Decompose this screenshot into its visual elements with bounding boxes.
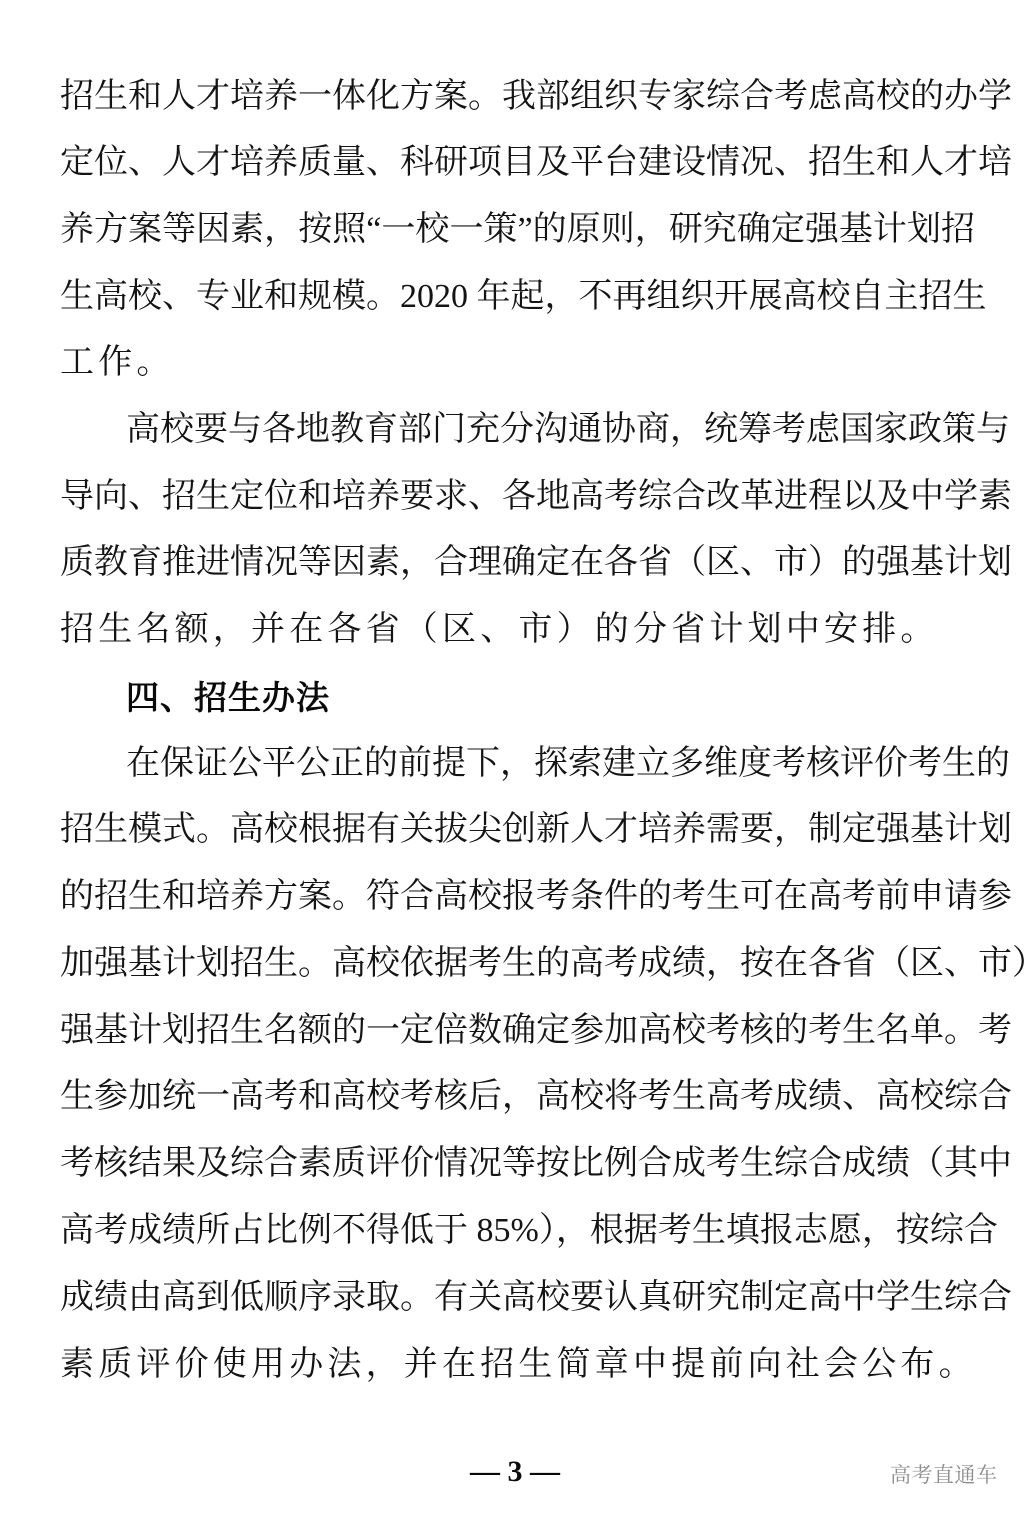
paragraph-line: 的招生和培养方案。符合高校报考条件的考生可在高考前申请参 xyxy=(60,875,975,919)
paragraph-line: 高校要与各地教育部门充分沟通协商，统筹考虑国家政策与 xyxy=(126,408,975,452)
paragraph-line: 工作。 xyxy=(60,341,975,385)
paragraph-line: 定位、人才培养质量、科研项目及平台建设情况、招生和人才培 xyxy=(60,141,975,185)
paragraph-line: 导向、招生定位和培养要求、各地高考综合改革进程以及中学素 xyxy=(60,475,975,519)
page-number: — 3 — xyxy=(460,1452,570,1492)
paragraph-line: 考核结果及综合素质评价情况等按比例合成考生综合成绩（其中 xyxy=(60,1142,975,1186)
paragraph-line: 在保证公平公正的前提下，探索建立多维度考核评价考生的 xyxy=(126,742,975,786)
paragraph-line: 招生模式。高校根据有关拔尖创新人才培养需要，制定强基计划 xyxy=(60,808,975,852)
paragraph-line: 养方案等因素，按照“一校一策”的原则，研究确定强基计划招 xyxy=(60,208,975,252)
paragraph-line: 强基计划招生名额的一定倍数确定参加高校考核的考生名单。考 xyxy=(60,1009,975,1053)
paragraph-line: 招生名额，并在各省（区、市）的分省计划中安排。 xyxy=(60,608,975,652)
section-heading: 四、招生办法 xyxy=(126,676,330,720)
paragraph-line: 成绩由高到低顺序录取。有关高校要认真研究制定高中学生综合 xyxy=(60,1276,975,1320)
paragraph-line: 生参加统一高考和高校考核后，高校将考生高考成绩、高校综合 xyxy=(60,1075,975,1119)
document-page: 招生和人才培养一体化方案。我部组织专家综合考虑高校的办学 定位、人才培养质量、科… xyxy=(0,0,1030,1514)
paragraph-line: 质教育推进情况等因素，合理确定在各省（区、市）的强基计划 xyxy=(60,541,975,585)
paragraph-line: 生高校、专业和规模。2020 年起，不再组织开展高校自主招生 xyxy=(60,275,975,319)
paragraph-line: 招生和人才培养一体化方案。我部组织专家综合考虑高校的办学 xyxy=(60,75,975,119)
paragraph-line: 素质评价使用办法，并在招生简章中提前向社会公布。 xyxy=(60,1343,975,1387)
paragraph-line: 高考成绩所占比例不得低于 85%），根据考生填报志愿，按综合 xyxy=(60,1209,975,1253)
paragraph-line: 加强基计划招生。高校依据考生的高考成绩，按在各省（区、市） xyxy=(60,942,975,986)
watermark: 高考直通车 xyxy=(890,1460,998,1490)
